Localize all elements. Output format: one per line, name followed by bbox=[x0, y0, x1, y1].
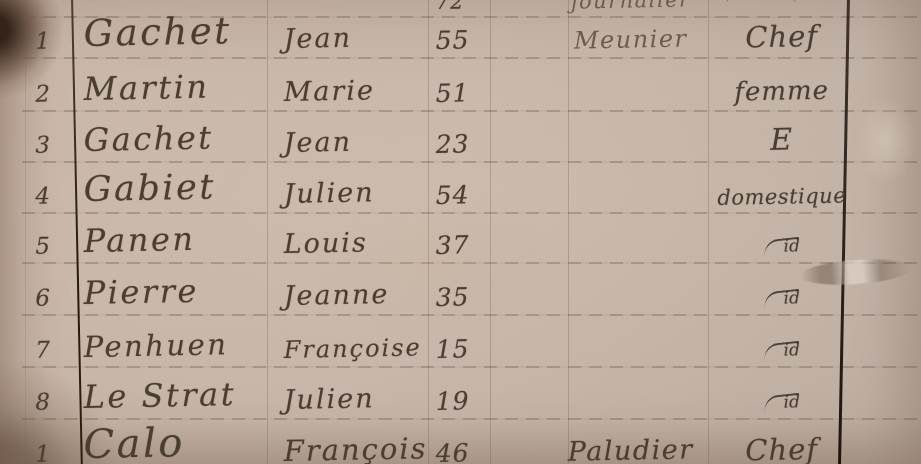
position-cell: Chef bbox=[711, 431, 852, 464]
register-row: 7 Penhuen Françoise 15 id bbox=[0, 314, 921, 366]
row-number-cell: 5 bbox=[22, 233, 64, 260]
register-row: 6 Pierre Jeanne 35 id bbox=[0, 262, 921, 314]
row-number-cell: 6 bbox=[22, 285, 64, 312]
row-number-cell: 8 bbox=[22, 389, 64, 416]
row-number-cell: 1 bbox=[22, 441, 64, 464]
surname-cell: Panen bbox=[83, 218, 269, 260]
register-row: 2 Martin Marie 51 femme bbox=[0, 58, 921, 110]
register-row: 1 Calo François 46 Paludier Chef bbox=[0, 418, 921, 464]
position-cell: id bbox=[711, 383, 852, 416]
age-cell: 15 bbox=[435, 334, 490, 364]
surname-cell: Le Strat bbox=[83, 374, 269, 416]
position-cell: Chef bbox=[711, 18, 852, 55]
row-number-cell: 4 bbox=[22, 183, 64, 210]
surname-cell: Penhuen bbox=[83, 326, 269, 364]
surname-cell: Martin bbox=[83, 66, 269, 108]
firstname-cell: François bbox=[283, 431, 426, 464]
surname-cell: Gachet bbox=[83, 8, 269, 55]
position-cell: domestique bbox=[712, 183, 852, 210]
register-row: 4 Gabiet Julien 54 domestique bbox=[0, 160, 921, 212]
row-number-cell: 2 bbox=[22, 81, 64, 108]
census-register-photo: 72 journalier 1 Gachet Jean 55 Meunier C… bbox=[0, 0, 921, 464]
position-cell: femme bbox=[711, 75, 852, 108]
age-cell: 54 bbox=[435, 180, 490, 210]
position-cell: id bbox=[711, 279, 852, 312]
register-row: 5 Panen Louis 37 id bbox=[0, 210, 921, 262]
firstname-cell: Julien bbox=[283, 382, 426, 416]
register-row: 8 Le Strat Julien 19 id bbox=[0, 366, 921, 418]
register-row: 3 Gachet Jean 23 E bbox=[0, 109, 921, 161]
position-cell: E bbox=[711, 121, 852, 159]
surname-cell: Gachet bbox=[83, 117, 269, 159]
firstname-cell: Jean bbox=[283, 125, 426, 159]
row-number-cell: 3 bbox=[22, 132, 64, 159]
age-cell: 55 bbox=[435, 25, 490, 55]
firstname-cell: Jean bbox=[283, 21, 426, 55]
firstname-cell: Marie bbox=[283, 74, 426, 108]
register-row: 1 Gachet Jean 55 Meunier Chef bbox=[0, 5, 921, 57]
age-cell: 23 bbox=[435, 129, 490, 159]
profession-cell: Meunier bbox=[555, 24, 706, 55]
age-cell: 19 bbox=[435, 386, 490, 416]
position-cell: id bbox=[711, 227, 852, 260]
position-cell: id bbox=[711, 331, 852, 364]
surname-cell: Calo bbox=[83, 418, 269, 464]
surname-cell: Gabiet bbox=[83, 166, 269, 210]
row-number-cell: 7 bbox=[22, 337, 64, 364]
age-cell: 35 bbox=[435, 282, 490, 312]
row-number-cell: 1 bbox=[22, 28, 64, 55]
firstname-cell: Julien bbox=[283, 176, 426, 210]
age-cell: 37 bbox=[435, 230, 490, 260]
firstname-cell: Françoise bbox=[283, 333, 426, 364]
profession-cell: Paludier bbox=[555, 434, 706, 464]
firstname-cell: Louis bbox=[283, 226, 426, 260]
surname-cell: Pierre bbox=[83, 270, 269, 312]
age-cell: 46 bbox=[435, 438, 490, 464]
age-cell: 51 bbox=[435, 78, 490, 108]
firstname-cell: Jeanne bbox=[283, 278, 426, 312]
